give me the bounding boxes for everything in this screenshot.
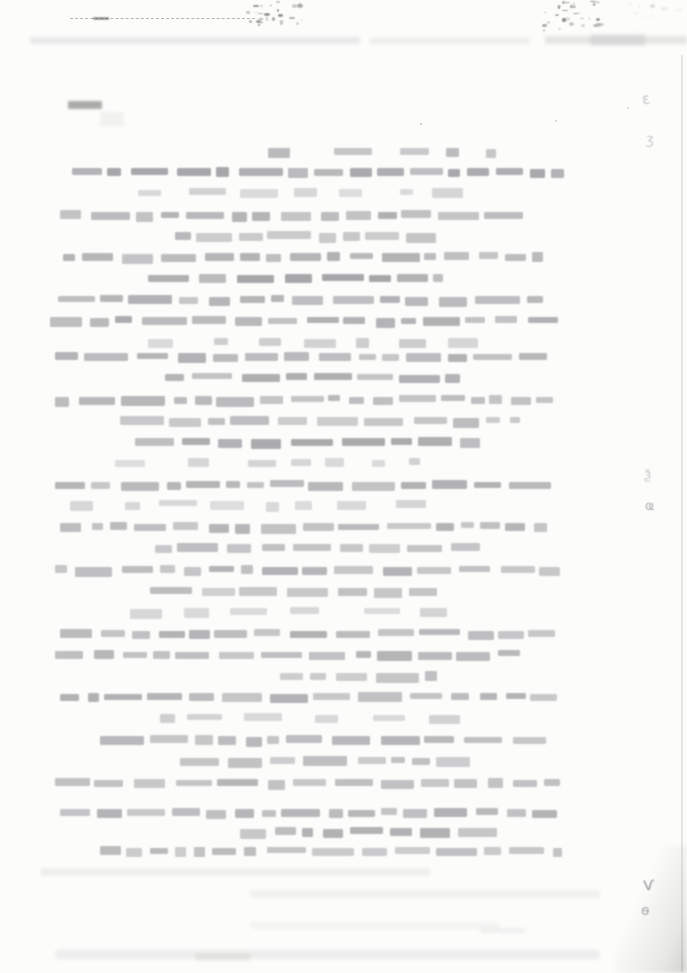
text-line [165, 373, 460, 384]
smudge-speck [633, 12, 638, 16]
faint-box [100, 112, 124, 126]
ink-smudge [540, 0, 608, 32]
word-blob [270, 694, 308, 703]
word-blob [199, 274, 226, 283]
smudge-speck [260, 5, 263, 6]
smudge-speck [569, 22, 574, 26]
word-blob [218, 736, 237, 745]
word-blob [439, 297, 468, 307]
word-blob [381, 808, 397, 815]
word-blob [281, 809, 320, 817]
smudge-speck [544, 12, 546, 13]
word-blob [161, 254, 196, 262]
word-blob [142, 317, 187, 325]
text-line [72, 167, 564, 178]
text-line [60, 629, 555, 640]
smudge-speck [547, 21, 550, 24]
word-blob [267, 847, 306, 853]
smudge-speck [270, 5, 273, 6]
word-blob [358, 757, 387, 765]
text-line [160, 713, 460, 724]
word-blob [369, 544, 400, 553]
word-blob [135, 438, 174, 446]
word-blob [528, 317, 558, 324]
word-blob [188, 458, 210, 467]
word-blob [239, 168, 282, 176]
word-blob [189, 188, 226, 194]
word-blob [488, 778, 504, 788]
word-blob [267, 736, 279, 744]
smudge-speck [671, 30, 672, 31]
word-blob [308, 482, 343, 491]
word-blob [539, 567, 560, 576]
word-blob [281, 212, 311, 221]
word-blob [134, 524, 166, 530]
word-blob [317, 417, 358, 426]
word-blob [406, 353, 441, 362]
word-blob [480, 693, 497, 701]
word-blob [476, 808, 498, 815]
word-blob [536, 397, 553, 404]
word-blob [159, 500, 197, 506]
word-blob [55, 565, 67, 572]
word-blob [322, 274, 364, 280]
word-blob [177, 168, 211, 176]
word-blob [303, 756, 347, 766]
word-blob [286, 735, 322, 743]
smudge-speck [297, 4, 303, 8]
word-blob [293, 544, 331, 551]
word-blob [285, 274, 312, 284]
word-blob [358, 692, 402, 702]
word-blob [91, 482, 110, 489]
word-blob [399, 339, 426, 348]
smudge-speck [580, 18, 585, 19]
word-blob [436, 757, 470, 767]
word-blob [92, 523, 103, 529]
word-blob [101, 630, 125, 637]
word-blob [290, 631, 326, 638]
word-blob [150, 587, 192, 594]
word-blob [519, 353, 547, 360]
word-blob [90, 318, 109, 327]
word-blob [270, 757, 295, 764]
word-blob [235, 524, 250, 533]
word-blob [254, 629, 279, 636]
text-line [240, 827, 500, 838]
word-blob [214, 630, 247, 638]
word-blob [507, 809, 526, 817]
word-blob [122, 566, 153, 574]
word-blob [291, 396, 324, 403]
text-line [70, 500, 450, 511]
word-blob [456, 652, 490, 661]
bottom-smear [480, 928, 525, 933]
word-blob [495, 316, 517, 323]
word-blob [130, 609, 162, 619]
word-blob [155, 545, 172, 553]
word-blob [186, 212, 224, 219]
word-blob [453, 418, 479, 428]
word-blob [467, 168, 489, 176]
word-blob [319, 233, 336, 242]
word-blob [475, 296, 520, 304]
word-blob [55, 397, 69, 407]
word-blob [356, 651, 371, 657]
word-blob [286, 373, 307, 380]
smudge-speck [254, 12, 258, 13]
word-blob [461, 522, 473, 528]
word-blob [241, 565, 253, 573]
word-blob [471, 397, 486, 404]
word-blob [374, 588, 401, 598]
word-blob [438, 212, 479, 220]
word-blob [194, 847, 206, 857]
smudge-speck [573, 13, 579, 14]
word-blob [343, 232, 360, 241]
word-blob [304, 339, 336, 348]
word-blob [261, 652, 302, 658]
word-blob [60, 523, 81, 532]
word-blob [420, 608, 447, 617]
word-blob [94, 780, 123, 788]
word-blob [222, 693, 262, 702]
text-line [63, 252, 543, 263]
word-blob [239, 233, 263, 241]
word-blob [352, 482, 396, 491]
word-blob [387, 523, 431, 529]
word-blob [511, 397, 531, 405]
word-blob [262, 544, 286, 551]
word-blob [432, 480, 467, 489]
word-blob [403, 809, 427, 818]
word-blob [335, 779, 374, 786]
word-blob [405, 297, 428, 306]
smudge-speck [630, 29, 635, 30]
word-blob [232, 212, 247, 222]
word-blob [160, 714, 175, 724]
word-blob [55, 352, 78, 360]
word-blob [340, 544, 362, 552]
word-blob [365, 232, 399, 240]
word-blob [110, 522, 128, 530]
word-blob [395, 847, 430, 853]
word-blob [137, 353, 168, 359]
word-blob [433, 274, 443, 282]
word-blob [309, 652, 346, 660]
word-blob [259, 338, 281, 346]
word-blob [60, 629, 92, 638]
scanner-band-segment [370, 38, 530, 44]
word-blob [267, 231, 310, 238]
word-blob [401, 210, 430, 218]
word-blob [240, 296, 265, 302]
word-blob [527, 296, 543, 303]
word-blob [72, 168, 102, 175]
word-blob [127, 809, 165, 816]
word-blob [496, 168, 522, 175]
word-blob [240, 829, 266, 839]
word-blob [448, 169, 461, 178]
word-blob [434, 808, 467, 816]
word-blob [468, 631, 494, 640]
word-blob [230, 608, 268, 615]
word-blob [268, 318, 296, 324]
word-blob [391, 438, 411, 445]
text-line [135, 437, 480, 448]
word-blob [474, 482, 501, 488]
ghost-line [250, 922, 500, 929]
word-blob [417, 567, 452, 574]
word-blob [310, 673, 326, 680]
word-blob [441, 395, 465, 401]
word-blob [329, 809, 343, 817]
word-blob [280, 673, 303, 680]
smudge-speck [558, 6, 559, 9]
smudge-speck [652, 14, 654, 18]
word-blob [240, 189, 278, 197]
word-blob [125, 502, 140, 511]
word-blob [123, 652, 147, 659]
word-blob [235, 809, 254, 818]
word-blob [205, 253, 235, 261]
word-blob [239, 587, 277, 596]
word-blob [307, 317, 339, 323]
word-blob [544, 779, 560, 786]
word-blob [128, 295, 172, 304]
word-blob [381, 780, 414, 789]
smudge-speck [266, 17, 268, 21]
text-line [60, 808, 557, 819]
smudge-speck [650, 4, 654, 8]
word-blob [312, 848, 355, 856]
word-blob [459, 566, 490, 572]
word-blob [60, 694, 79, 701]
word-blob [400, 189, 413, 196]
word-blob [391, 757, 405, 764]
word-blob [349, 397, 363, 405]
word-blob [122, 254, 153, 263]
word-blob [174, 397, 187, 405]
word-blob [288, 168, 309, 178]
word-blob [451, 693, 470, 700]
word-blob [489, 395, 501, 404]
smudge-speck [543, 29, 545, 32]
word-blob [423, 317, 460, 326]
word-blob [314, 169, 344, 176]
word-blob [237, 275, 275, 282]
text-line [50, 316, 558, 327]
word-blob [266, 502, 279, 512]
word-blob [350, 827, 383, 834]
word-blob [534, 523, 547, 532]
word-blob [148, 339, 173, 347]
word-blob [100, 736, 144, 745]
word-blob [167, 482, 181, 490]
word-blob [373, 397, 393, 406]
word-blob [425, 671, 437, 681]
word-blob [498, 650, 520, 656]
word-blob [396, 500, 426, 508]
ghost-line [40, 868, 430, 876]
smudge-speck [629, 3, 631, 4]
word-blob [189, 693, 214, 701]
word-blob [348, 810, 375, 816]
word-blob [420, 828, 450, 838]
word-blob [268, 780, 285, 790]
smudge-speck [565, 17, 570, 20]
word-blob [150, 735, 188, 743]
word-blob [432, 188, 463, 197]
smudge-speck [276, 1, 280, 3]
word-blob [328, 395, 340, 401]
smudge-speck [278, 14, 283, 17]
word-blob [359, 354, 376, 361]
word-blob [369, 275, 391, 282]
text-line [55, 480, 555, 491]
word-blob [97, 809, 122, 818]
word-blob [227, 544, 251, 554]
smudge-speck [589, 17, 590, 19]
word-blob [138, 190, 161, 196]
word-blob [313, 693, 350, 699]
word-blob [218, 439, 242, 448]
word-blob [399, 395, 435, 402]
smudge-speck [580, 12, 582, 14]
smudge-speck [558, 28, 561, 29]
word-blob [302, 828, 313, 837]
word-blob [172, 808, 200, 816]
text-line [60, 692, 557, 703]
word-blob [196, 233, 231, 243]
word-blob [192, 316, 226, 323]
word-blob [406, 233, 437, 243]
smudge-speck [598, 23, 603, 26]
word-blob [410, 168, 443, 175]
text-line [58, 295, 543, 306]
text-line [148, 337, 478, 348]
handwritten-margin-mark: ҩ [645, 500, 654, 513]
dust-speck [627, 107, 629, 109]
word-blob [91, 212, 130, 220]
word-blob [343, 317, 365, 324]
word-blob [266, 254, 281, 262]
word-blob [338, 588, 367, 596]
smudge-speck [258, 13, 264, 14]
word-blob [55, 651, 83, 659]
word-blob [260, 396, 283, 404]
word-blob [303, 523, 333, 531]
word-blob [261, 524, 296, 533]
word-blob [82, 253, 113, 260]
word-blob [378, 629, 414, 636]
word-blob [262, 567, 297, 575]
word-blob [209, 297, 230, 306]
word-blob [419, 629, 460, 635]
word-blob [79, 397, 115, 405]
word-blob [424, 253, 436, 260]
word-blob [454, 779, 477, 789]
ghost-line [250, 890, 600, 898]
dust-speck [420, 123, 422, 125]
word-blob [165, 374, 184, 381]
word-blob [244, 847, 256, 856]
word-blob [107, 168, 121, 176]
word-blob [293, 779, 326, 786]
smudge-speck [595, 1, 600, 4]
word-blob [226, 481, 240, 487]
smudge-speck [678, 9, 682, 11]
word-blob [186, 481, 219, 488]
word-blob [407, 545, 442, 552]
word-blob [115, 460, 145, 468]
word-blob [505, 523, 525, 531]
word-blob [153, 651, 170, 660]
ink-smudge [243, 0, 305, 30]
word-blob [244, 713, 282, 721]
word-blob [381, 736, 420, 745]
word-blob [336, 673, 367, 681]
smudge-speck [564, 2, 570, 3]
word-blob [100, 846, 121, 855]
text-line [130, 607, 460, 618]
smudge-speck [542, 24, 547, 27]
word-blob [486, 149, 496, 158]
smudge-speck [675, 9, 676, 12]
heading-line [268, 147, 496, 158]
word-blob [240, 253, 260, 261]
word-blob [334, 148, 372, 155]
word-blob [132, 631, 150, 640]
word-blob [327, 252, 340, 260]
word-blob [176, 780, 212, 787]
word-blob [551, 169, 564, 178]
smudge-speck [296, 22, 300, 25]
word-blob [147, 693, 182, 700]
word-blob [350, 168, 373, 178]
word-blob [70, 501, 93, 511]
word-blob [134, 779, 165, 788]
word-blob [179, 297, 198, 304]
word-blob [187, 714, 222, 720]
text-line [175, 231, 447, 242]
word-blob [180, 758, 219, 766]
word-blob [184, 608, 209, 618]
word-blob [100, 295, 123, 302]
word-blob [290, 253, 321, 260]
word-blob [510, 417, 520, 423]
dust-speck [555, 120, 557, 122]
smudge-speck [555, 14, 559, 16]
word-blob [424, 736, 454, 743]
word-blob [228, 758, 261, 768]
text-line [55, 352, 547, 363]
word-blob [60, 210, 81, 219]
word-blob [177, 543, 218, 551]
word-blob [216, 397, 254, 407]
word-blob [337, 501, 366, 511]
word-blob [184, 567, 200, 576]
word-blob [251, 439, 281, 449]
word-blob [175, 232, 191, 241]
word-blob [291, 439, 333, 445]
word-blob [486, 417, 499, 423]
smudge-speck [249, 20, 252, 23]
word-blob [509, 847, 544, 854]
word-blob [213, 354, 238, 362]
word-blob [275, 827, 296, 834]
word-blob [270, 480, 304, 487]
